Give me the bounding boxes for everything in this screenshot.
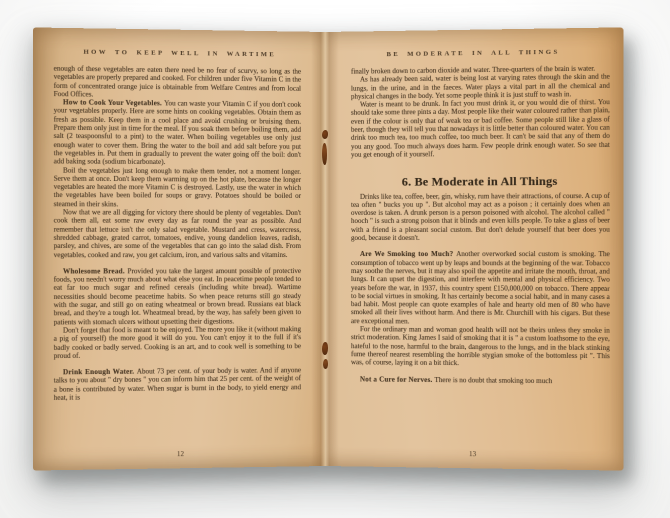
paragraph-lead: Not a Cure for Nerves. bbox=[360, 375, 434, 384]
left-page: HOW TO KEEP WELL IN WARTIME enough of th… bbox=[33, 27, 325, 470]
paragraph: enough of these vegetables are eaten the… bbox=[54, 64, 301, 100]
paragraph-lead: Are We Smoking too Much? bbox=[360, 250, 456, 258]
paragraph-lead: Wholesome Bread. bbox=[63, 267, 128, 275]
paragraph: Wholesome Bread. Provided you take the l… bbox=[54, 267, 301, 327]
left-page-running-header: HOW TO KEEP WELL IN WARTIME bbox=[33, 48, 325, 61]
left-page-body: enough of these vegetables are eaten the… bbox=[33, 64, 325, 402]
section-heading: 6. Be Moderate in All Things bbox=[351, 177, 610, 187]
paragraph: Drink Enough Water. About 73 per cent. o… bbox=[54, 366, 301, 402]
paragraph: Water is meant to be drunk. In fact you … bbox=[351, 98, 610, 159]
paragraph: As has already been said, water is being… bbox=[351, 73, 610, 101]
right-page-body: finally broken down to carbon dioxide an… bbox=[325, 64, 623, 386]
right-page-running-header: BE MODERATE IN ALL THINGS bbox=[325, 48, 623, 61]
paragraph: Are We Smoking too Much? Another overwor… bbox=[351, 250, 610, 326]
right-page: BE MODERATE IN ALL THINGS finally broken… bbox=[325, 27, 623, 470]
open-booklet: HOW TO KEEP WELL IN WARTIME enough of th… bbox=[38, 32, 618, 466]
paragraph: Boil the vegetables just long enough to … bbox=[54, 166, 301, 209]
paragraph: Now that we are all digging for victory … bbox=[54, 208, 301, 259]
booklet-spread: HOW TO KEEP WELL IN WARTIME enough of th… bbox=[38, 32, 618, 466]
paragraph: Drinks like tea, coffee, beer, gin, whis… bbox=[351, 191, 610, 242]
paragraph-lead: How to Cook Your Vegetables. bbox=[63, 98, 164, 107]
paragraph: Don't forget that food is meant to be en… bbox=[54, 325, 301, 360]
paragraph-lead: Drink Enough Water. bbox=[63, 368, 137, 377]
right-page-number: 13 bbox=[325, 448, 623, 460]
left-page-number: 12 bbox=[33, 448, 325, 460]
paragraph: Not a Cure for Nerves. There is no doubt… bbox=[351, 375, 610, 386]
paragraph: For the ordinary man and woman good heal… bbox=[351, 325, 610, 369]
paragraph: How to Cook Your Vegetables. You can was… bbox=[54, 98, 301, 167]
